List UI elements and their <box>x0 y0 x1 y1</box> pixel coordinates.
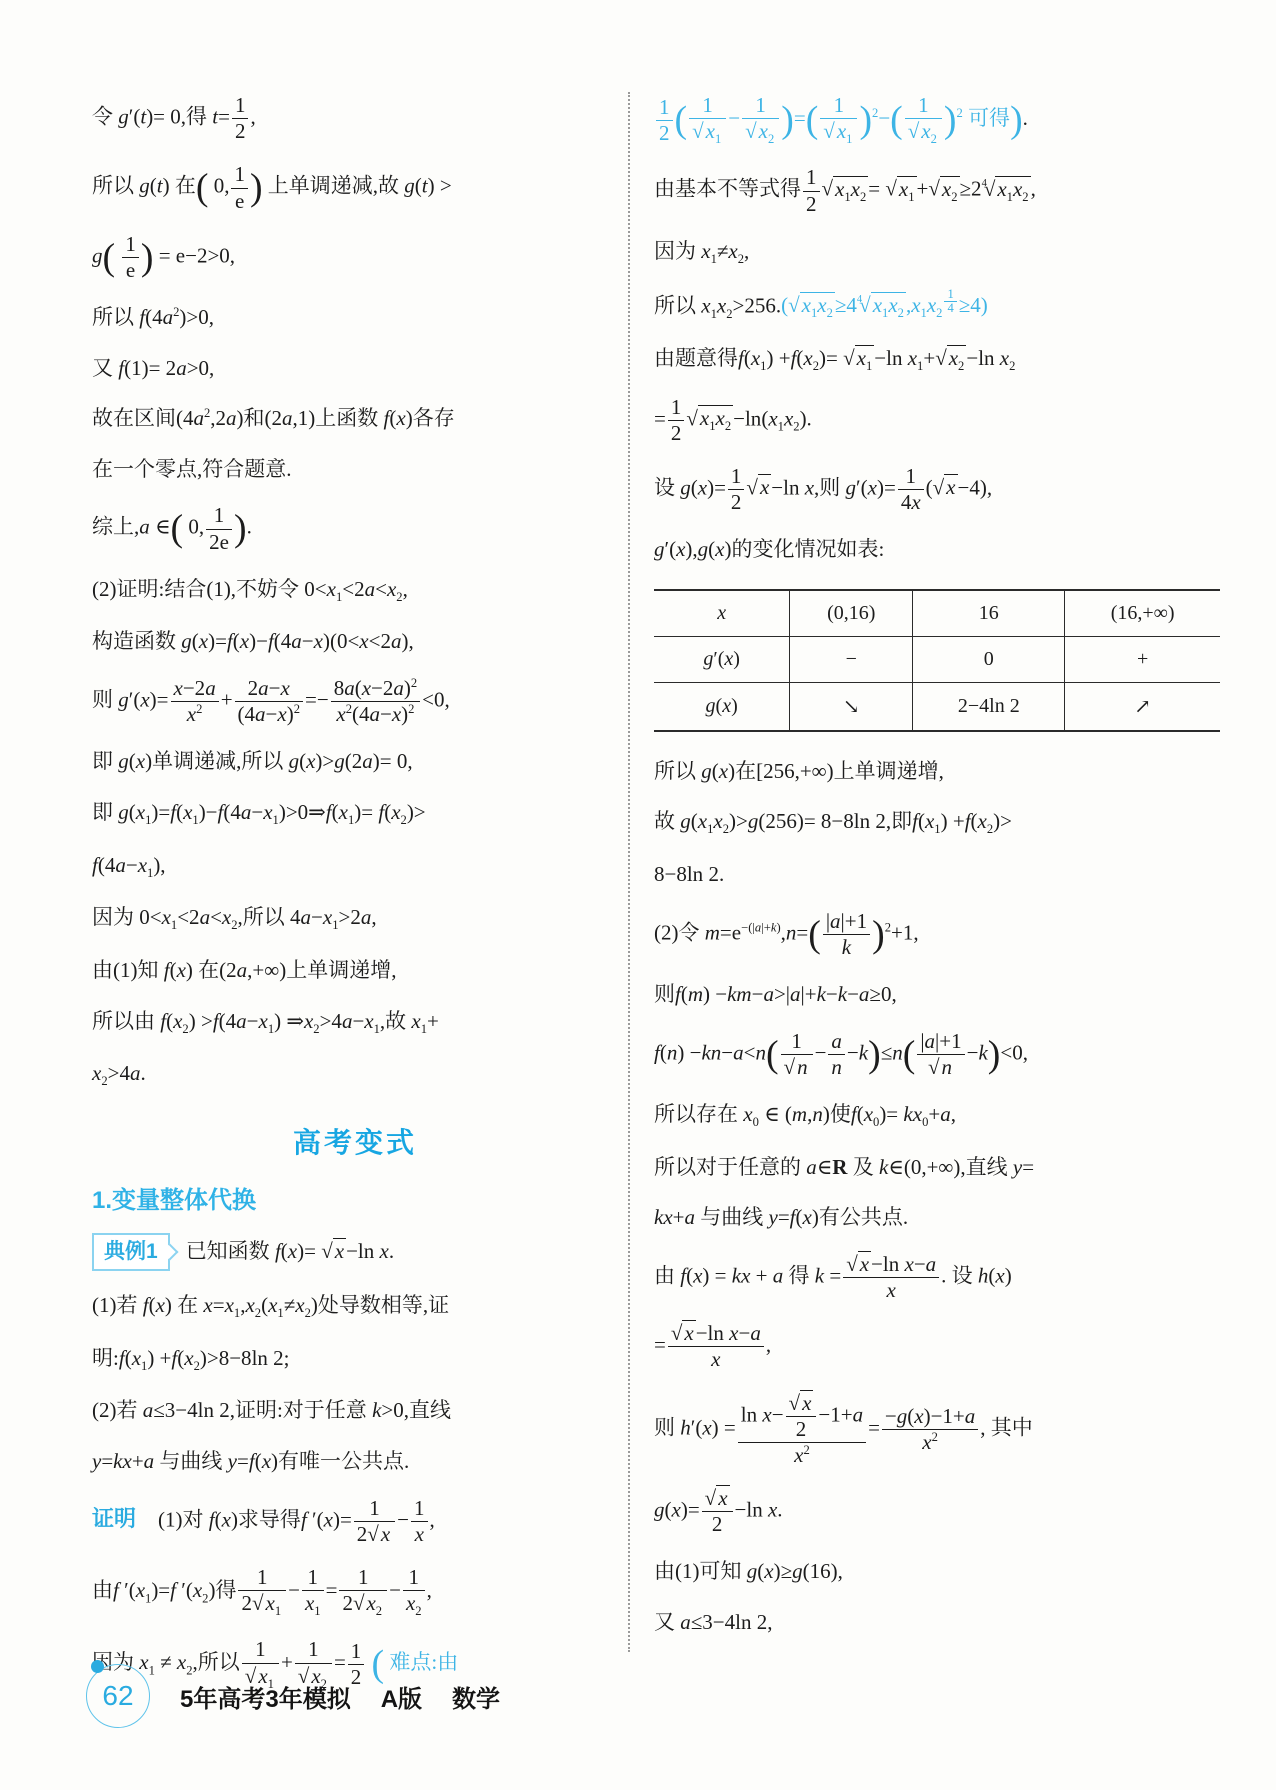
text-line: 则 h′(x) =ln x−√x2−1+ax2=−g(x)−1+ax2, 其中 <box>654 1382 1220 1478</box>
text-line: 故 g(x1x2)>g(256)= 8−8ln 2,即f(x1) +f(x2)> <box>654 796 1220 849</box>
table-cell: x <box>654 590 790 637</box>
text-line: 令 g′(t)= 0,得 t=12, <box>92 84 618 153</box>
text-line: 所以 g(t) 在( 0,1e) 上单调递减,故 g(t) > <box>92 153 618 222</box>
table-cell: (0,16) <box>790 590 913 637</box>
text-line: (2)令 m=e−(|a|+k),n=(|a|+1k)2+1, <box>654 900 1220 969</box>
text-line: g( 1e) = e−2>0, <box>92 223 618 292</box>
proof-line: 证明(1)对 f(x)求导得f ′(x)=12√x−1x, <box>92 1487 618 1556</box>
footer-series: 5年高考3年模拟 <box>180 1679 351 1714</box>
text-line: 所以存在 x0 ∈ (m,n)使f(x0)= kx0+a, <box>654 1089 1220 1142</box>
table-row: g(x)↘2−4ln 2↗ <box>654 682 1220 731</box>
text-line: g′(x),g(x)的变化情况如表: <box>654 524 1220 575</box>
table-row: x(0,16)16(16,+∞) <box>654 590 1220 637</box>
text-line: 明:f(x1) +f(x2)>8−8ln 2; <box>92 1333 618 1386</box>
text-line: 在一个零点,符合题意. <box>92 444 618 495</box>
text-line: 由f ′(x1)=f ′(x2)得12√x1−1x1=12√x2−1x2, <box>92 1556 618 1628</box>
text-line: =12√x1x2−ln(x1x2). <box>654 386 1220 455</box>
text-line: 由题意得f(x1) +f(x2)= √x1−ln x1+√x2−ln x2 <box>654 333 1220 386</box>
text-line: (2)证明:结合(1),不妨令 0<x1<2a<x2, <box>92 564 618 617</box>
text-line: 设 g(x)=12√x−ln x,则 g′(x)=14x(√x−4), <box>654 455 1220 524</box>
table-cell: − <box>790 636 913 682</box>
section-heading: 高考变式 <box>92 1101 618 1172</box>
page-number-badge: 62 <box>86 1664 150 1728</box>
text-line: 由 f(x) = kx + a 得 k =√x−ln x−ax. 设 h(x) <box>654 1243 1220 1312</box>
right-column-bottom: 所以 g(x)在[256,+∞)上单调递增,故 g(x1x2)>g(256)= … <box>654 746 1220 1648</box>
text-line: 所以对于任意的 a∈R 及 k∈(0,+∞),直线 y= <box>654 1142 1220 1193</box>
left-column: 令 g′(t)= 0,得 t=12,所以 g(t) 在( 0,1e) 上单调递减… <box>92 84 618 1701</box>
text-line: 所以由 f(x2) >f(4a−x1) ⇒x2>4a−x1,故 x1+ <box>92 996 618 1049</box>
text-line: 则 g′(x)=x−2ax2+2a−x(4a−x)2=−8a(x−2a)2x2(… <box>92 667 618 736</box>
text-line: (1)若 f(x) 在 x=x1,x2(x1≠x2)处导数相等,证 <box>92 1280 618 1333</box>
text-line: =√x−ln x−ax, <box>654 1312 1220 1381</box>
text-line: 即 g(x)单调递减,所以 g(x)>g(2a)= 0, <box>92 736 618 787</box>
example-label: 典例1 <box>92 1233 170 1272</box>
right-column-top: 12(1√x1−1√x2)=(1√x1)2−(1√x2)2 可得).由基本不等式… <box>654 84 1220 575</box>
text-line: kx+a 与曲线 y=f(x)有公共点. <box>654 1192 1220 1243</box>
proof-label: 证明 <box>92 1506 136 1531</box>
text-line: 8−8ln 2. <box>654 849 1220 900</box>
page-footer: 62 5年高考3年模拟 A版 数学 <box>86 1664 500 1728</box>
footer-edition: A版 <box>381 1679 422 1714</box>
text-line: 因为 0<x1<2a<x2,所以 4a−x1>2a, <box>92 892 618 945</box>
page-number: 62 <box>102 1680 133 1712</box>
table-cell: ↗ <box>1065 682 1220 731</box>
table-cell: + <box>1065 636 1220 682</box>
table-cell: 16 <box>913 590 1065 637</box>
text-line: 12(1√x1−1√x2)=(1√x1)2−(1√x2)2 可得). <box>654 84 1220 156</box>
table-cell: g′(x) <box>654 636 790 682</box>
text-line: 构造函数 g(x)=f(x)−f(4a−x)(0<x<2a), <box>92 616 618 667</box>
text-line: 所以 x1x2>256.(√x1x2≥44√x1x2,x1x214≥4) <box>654 279 1220 333</box>
variation-table: x(0,16)16(16,+∞)g′(x)−0+g(x)↘2−4ln 2↗ <box>654 589 1220 732</box>
text-line: x2>4a. <box>92 1048 618 1101</box>
text-line: 又 f(1)= 2a>0, <box>92 343 618 394</box>
text-line: f(4a−x1), <box>92 840 618 893</box>
text-line: g(x)=√x2−ln x. <box>654 1477 1220 1546</box>
table-cell: (16,+∞) <box>1065 590 1220 637</box>
table-cell: 0 <box>913 636 1065 682</box>
text-line: (2)若 a≤3−4ln 2,证明:对于任意 k>0,直线 <box>92 1385 618 1436</box>
table-cell: ↘ <box>790 682 913 731</box>
text-line: 由(1)可知 g(x)≥g(16), <box>654 1546 1220 1597</box>
right-column: 12(1√x1−1√x2)=(1√x1)2−(1√x2)2 可得).由基本不等式… <box>654 84 1220 1648</box>
text-line: 所以 g(x)在[256,+∞)上单调递增, <box>654 746 1220 797</box>
text-line: 综上,a ∈( 0,12e). <box>92 494 618 563</box>
table-row: g′(x)−0+ <box>654 636 1220 682</box>
text-line: 则f(m) −km−a>|a|+k−k−a≥0, <box>654 969 1220 1020</box>
text-line: 所以 f(4a2)>0, <box>92 292 618 343</box>
text-line: 故在区间(4a2,2a)和(2a,1)上函数 f(x)各存 <box>92 393 618 444</box>
footer-subject: 数学 <box>452 1679 500 1714</box>
table-cell: g(x) <box>654 682 790 731</box>
text-line: 由(1)知 f(x) 在(2a,+∞)上单调递增, <box>92 945 618 996</box>
column-divider <box>628 92 630 1652</box>
badge-dot-icon <box>91 1660 104 1673</box>
footer-title: 5年高考3年模拟 A版 数学 <box>180 1679 500 1714</box>
text-line: 由基本不等式得12√x1x2= √x1+√x2≥24√x1x2, <box>654 156 1220 225</box>
table-cell: 2−4ln 2 <box>913 682 1065 731</box>
subsection-heading: 1.变量整体代换 <box>92 1172 618 1223</box>
text-line: 因为 x1≠x2, <box>654 226 1220 279</box>
example-line: 典例1已知函数 f(x)= √x−ln x. <box>92 1224 618 1281</box>
text-line: f(n) −kn−a<n(1√n−an−k)≤n(|a|+1√n−k)<0, <box>654 1020 1220 1089</box>
text-line: y=kx+a 与曲线 y=f(x)有唯一公共点. <box>92 1436 618 1487</box>
text-line: 又 a≤3−4ln 2, <box>654 1597 1220 1648</box>
text-line: 即 g(x1)=f(x1)−f(4a−x1)>0⇒f(x1)= f(x2)> <box>92 787 618 840</box>
